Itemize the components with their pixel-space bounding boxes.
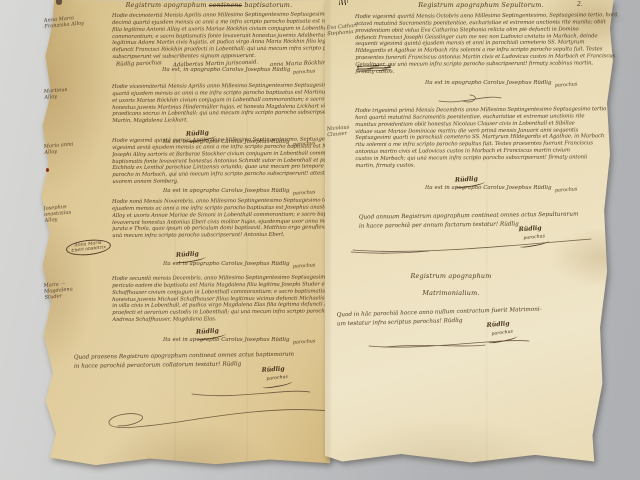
- binding-mark: [339, 0, 348, 5]
- attestation-text: Ita est in apographo Carolus Josephus Rü…: [163, 188, 289, 194]
- parish-signature: parochus: [292, 263, 315, 270]
- attestation-text: Ita est in apographo Carolus Josephus Rü…: [163, 261, 289, 267]
- parish-signature: parochus: [292, 190, 315, 197]
- parish-signature: parochus: [554, 187, 577, 194]
- encircled-name: Anna MariaEberl obstetrix: [65, 238, 111, 257]
- attestation-line: Ita est in apographo Carolus Josephus Rü…: [112, 337, 336, 343]
- parish-signature: parochus: [554, 82, 577, 89]
- title-text: Matrimonialium.: [365, 289, 537, 297]
- margin-note: Anna MariaFranziska Alloy: [44, 12, 111, 30]
- handwritten-line: Clauser: [327, 130, 357, 139]
- burial-entry: Eva CatharinaStephania Hodie vigesimâ qu…: [325, 14, 617, 86]
- red-wax-spot: [46, 168, 49, 172]
- attestation-line: Ita est in apographo Carolus Josephus Rü…: [112, 188, 336, 194]
- attestation-text: Ita est, in apographo Carolus Josephus R…: [162, 67, 290, 73]
- baptism-entry: Maria —MagdalenaStuder Hodie secundâ men…: [36, 276, 336, 343]
- struck-word: continens: [209, 1, 242, 9]
- left-page-title: Registrum apographum continens baptisato…: [96, 1, 322, 9]
- page-number: 2.: [577, 1, 583, 8]
- margin-note: MartinusAlloy: [44, 83, 111, 101]
- ink-flourish: [186, 384, 316, 400]
- margin-note: Maria annaAlloy: [44, 138, 111, 156]
- parish-signature: parochus: [292, 339, 315, 346]
- attestation-text: Ita est in apographo Carolus Josephus Rü…: [425, 185, 551, 191]
- ink-flourish: [102, 404, 332, 436]
- entry-text: Hodie vigesimâ quartâ Mensis Octobris an…: [355, 12, 640, 76]
- baptism-entry: Maria annaAlloy Hodie vigesimâ quintâ me…: [36, 138, 336, 194]
- baptism-entry: JosephusanastasiusAlloy Hodie nonâ Mensi…: [36, 199, 336, 267]
- parish-signature: parochus: [293, 69, 316, 76]
- ink-flourish: [365, 334, 535, 350]
- title-text: Registrum apographum: [365, 272, 537, 280]
- corner-mark: [56, 0, 62, 5]
- attestation-line: Ita est, in apographo Carolus Josephus R…: [112, 67, 336, 73]
- archival-document-scan: Registrum apographum continens baptisato…: [0, 0, 640, 480]
- margin-note: NicolausClauser: [327, 124, 358, 139]
- title-text: baptisatorum.: [244, 1, 292, 9]
- right-page-title: Registrum apographum Sepultorum.: [395, 1, 567, 9]
- burial-entry: NicolausClauser Hodie trigesimâ primâ Me…: [325, 108, 617, 191]
- marriage-register-title: Registrum apographum Matrimonialium.: [365, 272, 537, 297]
- attestation-line: Ita est in apographo Carolus Josephus Rü…: [355, 80, 617, 86]
- baptism-entry: Anna MariaFranziska Alloy Hodie decimote…: [36, 13, 336, 73]
- ink-scribble: [357, 64, 391, 71]
- attestation-line: Ita est in apographo Carolus Josephus Rü…: [355, 185, 617, 191]
- attestation-line: Ita est in apographo Carolus Josephus Rü…: [112, 261, 336, 267]
- handwritten-line: Stephania: [327, 29, 357, 38]
- entry-text: Hodie trigesimâ primâ Mensis Decembris a…: [355, 106, 640, 170]
- signature-flourish: [435, 92, 505, 106]
- right-page: 2. Registrum apographum Sepultorum. Eva …: [325, 0, 617, 468]
- left-page: Registrum apographum continens baptisato…: [36, 0, 336, 466]
- ink-flourish: [347, 236, 597, 256]
- margin-note: Maria —MagdalenaStuder: [43, 277, 110, 301]
- attestation-text: Ita est in apographo Carolus Josephus Rü…: [163, 337, 289, 343]
- title-text: Registrum apographum: [126, 1, 207, 9]
- margin-note: Eva CatharinaStephania: [327, 23, 358, 38]
- attestation-text: Ita est in apographo Carolus Josephus Rü…: [425, 80, 551, 86]
- margin-note: JosephusanastasiusAlloy: [43, 200, 110, 224]
